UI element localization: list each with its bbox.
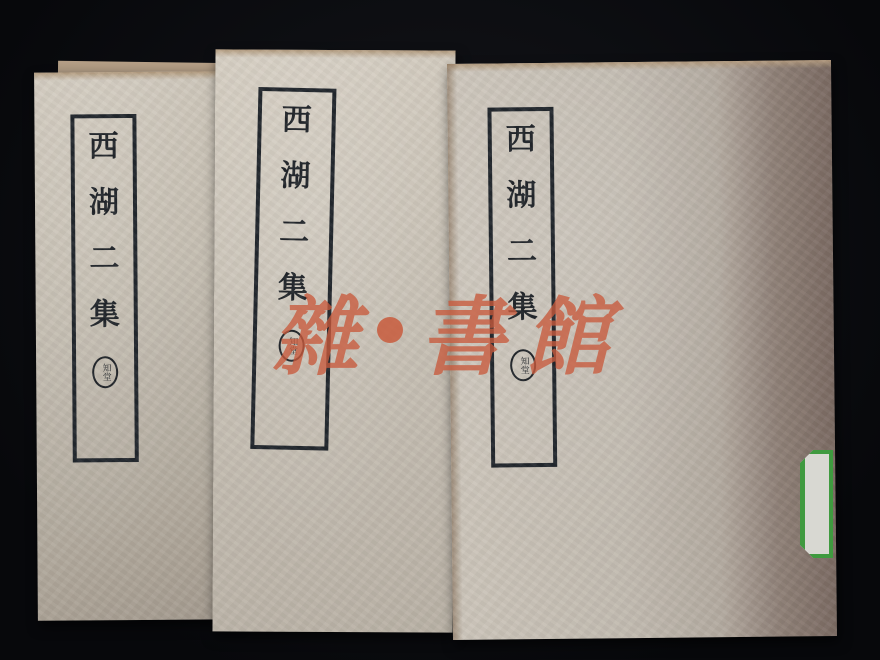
title-char: 二 bbox=[89, 244, 119, 274]
title-char: 西 bbox=[506, 125, 536, 155]
watermark: 雜 書 館 bbox=[272, 270, 612, 390]
title-char: 二 bbox=[507, 237, 537, 267]
title-char: 西 bbox=[281, 105, 312, 136]
title-char: 二 bbox=[279, 217, 310, 248]
book-volume-left: 西 湖 二 集 知堂 bbox=[34, 71, 238, 620]
library-spine-tag bbox=[800, 450, 833, 558]
watermark-dot-icon bbox=[377, 317, 403, 343]
title-char: 湖 bbox=[506, 181, 536, 211]
book-edge-stain bbox=[34, 71, 234, 80]
title-label-box: 西 湖 二 集 知堂 bbox=[70, 114, 138, 462]
book-edge-stain bbox=[215, 49, 455, 58]
watermark-char: 雜 bbox=[272, 268, 360, 392]
title-char: 湖 bbox=[89, 188, 119, 218]
title-char: 湖 bbox=[280, 161, 311, 192]
publisher-seal: 知堂 bbox=[92, 356, 118, 388]
title-char: 集 bbox=[90, 300, 120, 330]
title-char: 西 bbox=[89, 132, 119, 162]
watermark-char: 館 bbox=[524, 268, 612, 392]
watermark-char: 書 bbox=[419, 268, 507, 392]
